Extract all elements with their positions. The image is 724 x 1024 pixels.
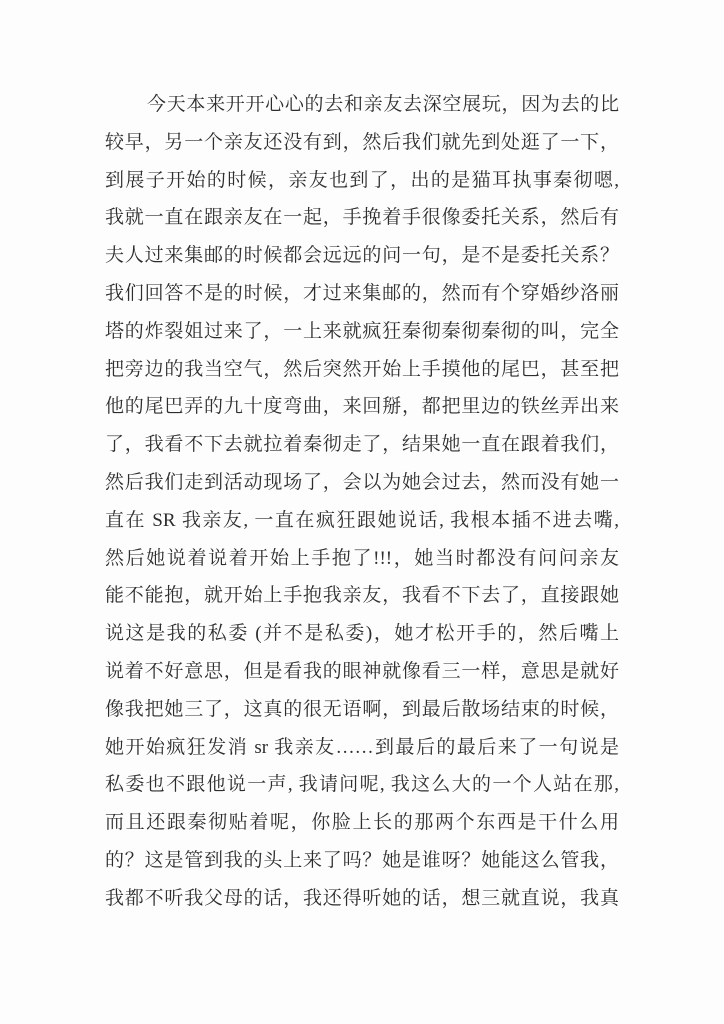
- text-line: 直在 SR 我亲友, 一直在疯狂跟她说话, 我根本插不进去嘴,: [105, 502, 619, 540]
- text-line: 私委也不跟他说一声, 我请问呢, 我这么大的一个人站在那,: [105, 766, 619, 804]
- text-line: 像我把她三了，这真的很无语啊，到最后散场结束的时候，: [105, 691, 619, 729]
- text-line: 然后我们走到活动现场了，会以为她会过去，然而没有她一: [105, 464, 619, 502]
- paragraph-body: 今天本来开开心心的去和亲友去深空展玩，因为去的比较早，另一个亲友还没有到，然后我…: [105, 86, 619, 918]
- text-line: 较早，另一个亲友还没有到，然后我们就先到处逛了一下，: [105, 124, 619, 162]
- text-line: 塔的炸裂姐过来了，一上来就疯狂秦彻秦彻秦彻的叫，完全: [105, 313, 619, 351]
- text-line: 而且还跟秦彻贴着呢，你脸上长的那两个东西是干什么用: [105, 804, 619, 842]
- text-line: 他的尾巴弄的九十度弯曲，来回掰，都把里边的铁丝弄出来: [105, 388, 619, 426]
- text-line: 夫人过来集邮的时候都会远远的问一句，是不是委托关系？: [105, 237, 619, 275]
- text-line: 把旁边的我当空气，然后突然开始上手摸他的尾巴，甚至把: [105, 351, 619, 389]
- text-line: 我都不听我父母的话，我还得听她的话，想三就直说，我真: [105, 880, 619, 918]
- text-line: 说这是我的私委 (并不是私委)，她才松开手的，然后嘴上: [105, 615, 619, 653]
- text-line: 今天本来开开心心的去和亲友去深空展玩，因为去的比: [105, 86, 619, 124]
- text-line: 说着不好意思，但是看我的眼神就像看三一样，意思是就好: [105, 653, 619, 691]
- text-line: 到展子开始的时候，亲友也到了，出的是猫耳执事秦彻嗯,: [105, 162, 619, 200]
- text-line: 了，我看不下去就拉着秦彻走了，结果她一直在跟着我们，: [105, 426, 619, 464]
- text-line: 我就一直在跟亲友在一起，手挽着手很像委托关系，然后有: [105, 199, 619, 237]
- text-line: 的？这是管到我的头上来了吗？她是谁呀？她能这么管我，: [105, 842, 619, 880]
- text-line: 能不能抱，就开始上手抱我亲友，我看不下去了，直接跟她: [105, 577, 619, 615]
- text-line: 她开始疯狂发消 sr 我亲友……到最后的最后来了一句说是: [105, 729, 619, 767]
- text-line: 然后她说着说着开始上手抱了!!!，她当时都没有问问亲友: [105, 540, 619, 578]
- document-page: 今天本来开开心心的去和亲友去深空展玩，因为去的比较早，另一个亲友还没有到，然后我…: [0, 0, 724, 1024]
- text-line: 我们回答不是的时候，才过来集邮的，然而有个穿婚纱洛丽: [105, 275, 619, 313]
